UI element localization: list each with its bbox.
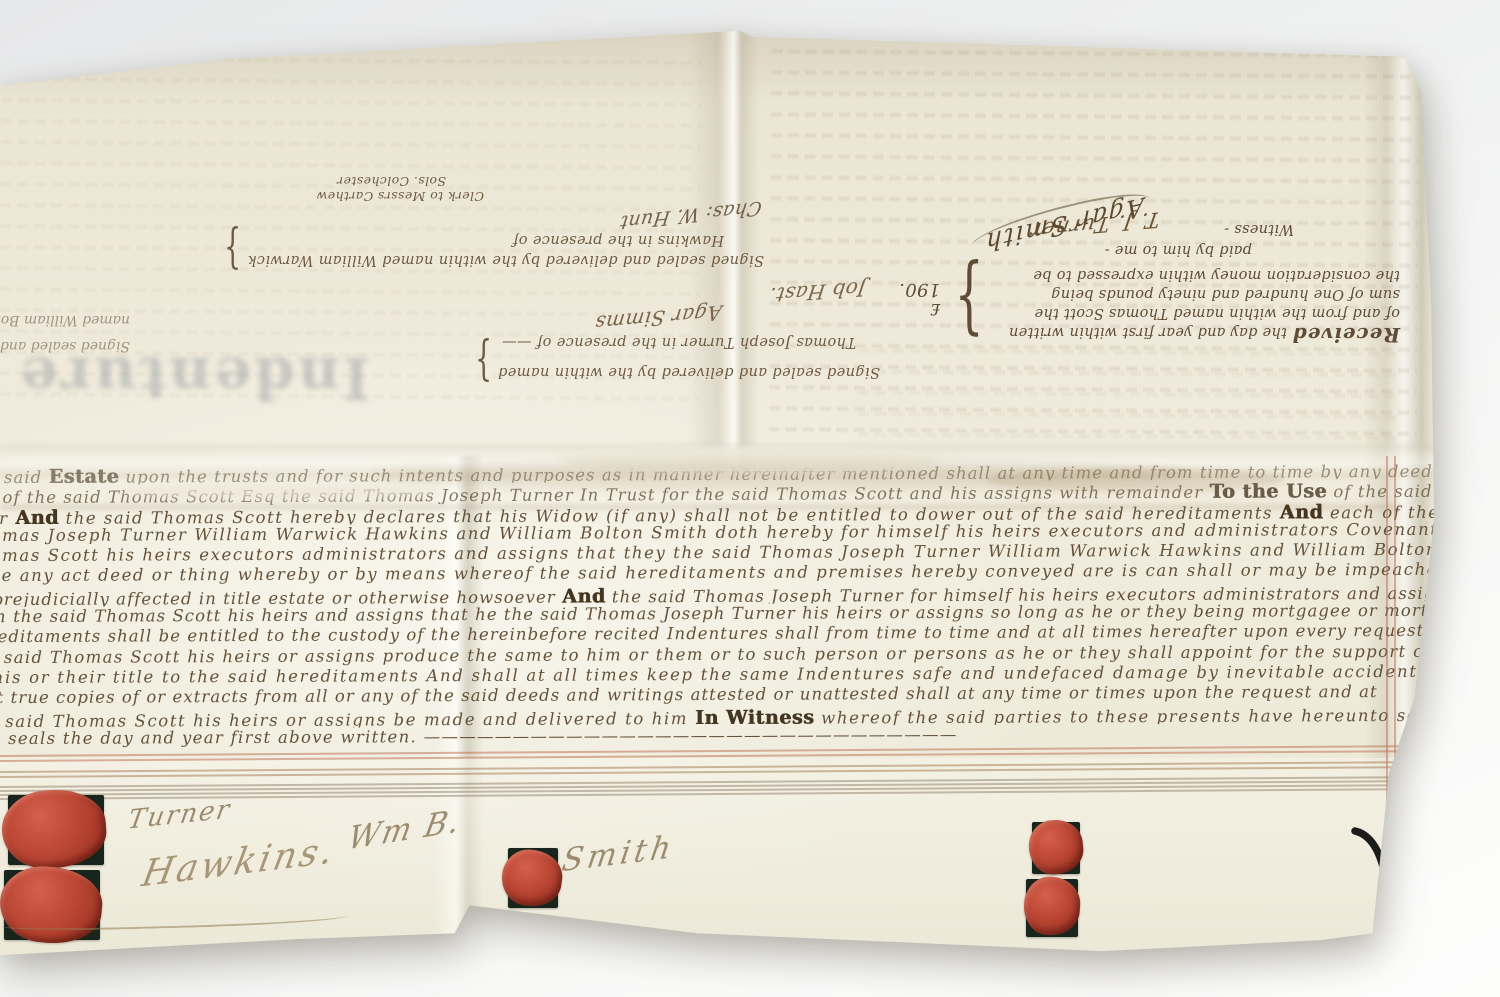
wax-seal-4	[1032, 822, 1080, 874]
parchment-document: Indenture Received the day and year firs…	[0, 0, 1500, 997]
attestation-turner-line1: Signed sealed and delivered by the withi…	[498, 364, 880, 380]
witness-signature-chas-hunt: Chas: W. Hunt	[618, 196, 763, 233]
amount-value: 190.	[899, 279, 940, 299]
witness-detail-line: Sols. Colchester	[0, 174, 446, 189]
ink-showthrough-middle	[858, 343, 1399, 455]
photograph-of-indenture: Indenture Received the day and year firs…	[0, 0, 1500, 997]
receipt-paragraph: Received the day and year first within w…	[996, 260, 1400, 344]
margin-rule	[1394, 456, 1396, 808]
receipt-line: sum of One hundred and ninety pounds bei…	[996, 284, 1400, 303]
attestation-hawkins-line1: Signed sealed and delivered by the withi…	[247, 252, 764, 268]
receipt-line: the consideration money within expressed…	[996, 265, 1400, 284]
witness-signature-agar-simms: Agar Simms	[593, 300, 723, 335]
witness-signature-job-hast: Job Hast.	[768, 276, 868, 307]
fold-streak	[0, 504, 1400, 510]
ink-stroke-mark	[1350, 824, 1394, 882]
wax-seal-5	[1026, 879, 1078, 937]
receipt-line: of and from the within named Thomas Scot…	[996, 303, 1400, 322]
currency-symbol: £	[899, 299, 940, 319]
margin-rule	[1386, 456, 1388, 808]
attestation-brace: }	[475, 340, 492, 384]
attestation-brace: }	[224, 228, 241, 272]
receipt-opening-word: Received	[1292, 323, 1400, 347]
receipt-brace: }	[954, 263, 984, 341]
fold-dark-stain	[985, 468, 1285, 492]
receipt-amount: £ 190.	[899, 279, 940, 325]
witness-detail-line: Clerk to Messrs Carthew	[0, 189, 484, 204]
receipt-paid-line: paid by him to me -	[852, 242, 1252, 258]
receipt-clause-upside-down: Received the day and year first within w…	[852, 158, 1400, 344]
wax-seal-turner	[8, 795, 104, 865]
fragment-line: named William Bolton Smith in the	[0, 312, 130, 328]
wax-seal-smith	[508, 848, 558, 908]
fragment-line: Signed sealed and delivered by the withi…	[0, 338, 130, 354]
attestation-fragment-upside-down: Signed sealed and delivered by the withi…	[0, 256, 134, 364]
witness-label: Witness -	[1224, 221, 1294, 237]
gothic-word: Estate	[48, 465, 119, 486]
fold-light-stain	[120, 484, 440, 500]
deed-body-text: the said Estate upon the trusts and for …	[0, 459, 1437, 750]
parchment-shadow-wrap: Indenture Received the day and year firs…	[0, 0, 1500, 997]
receipt-line: Received the day and year first within w…	[996, 322, 1400, 344]
attestation-hawkins-line2: Hawkins in the presence of	[0, 232, 724, 248]
